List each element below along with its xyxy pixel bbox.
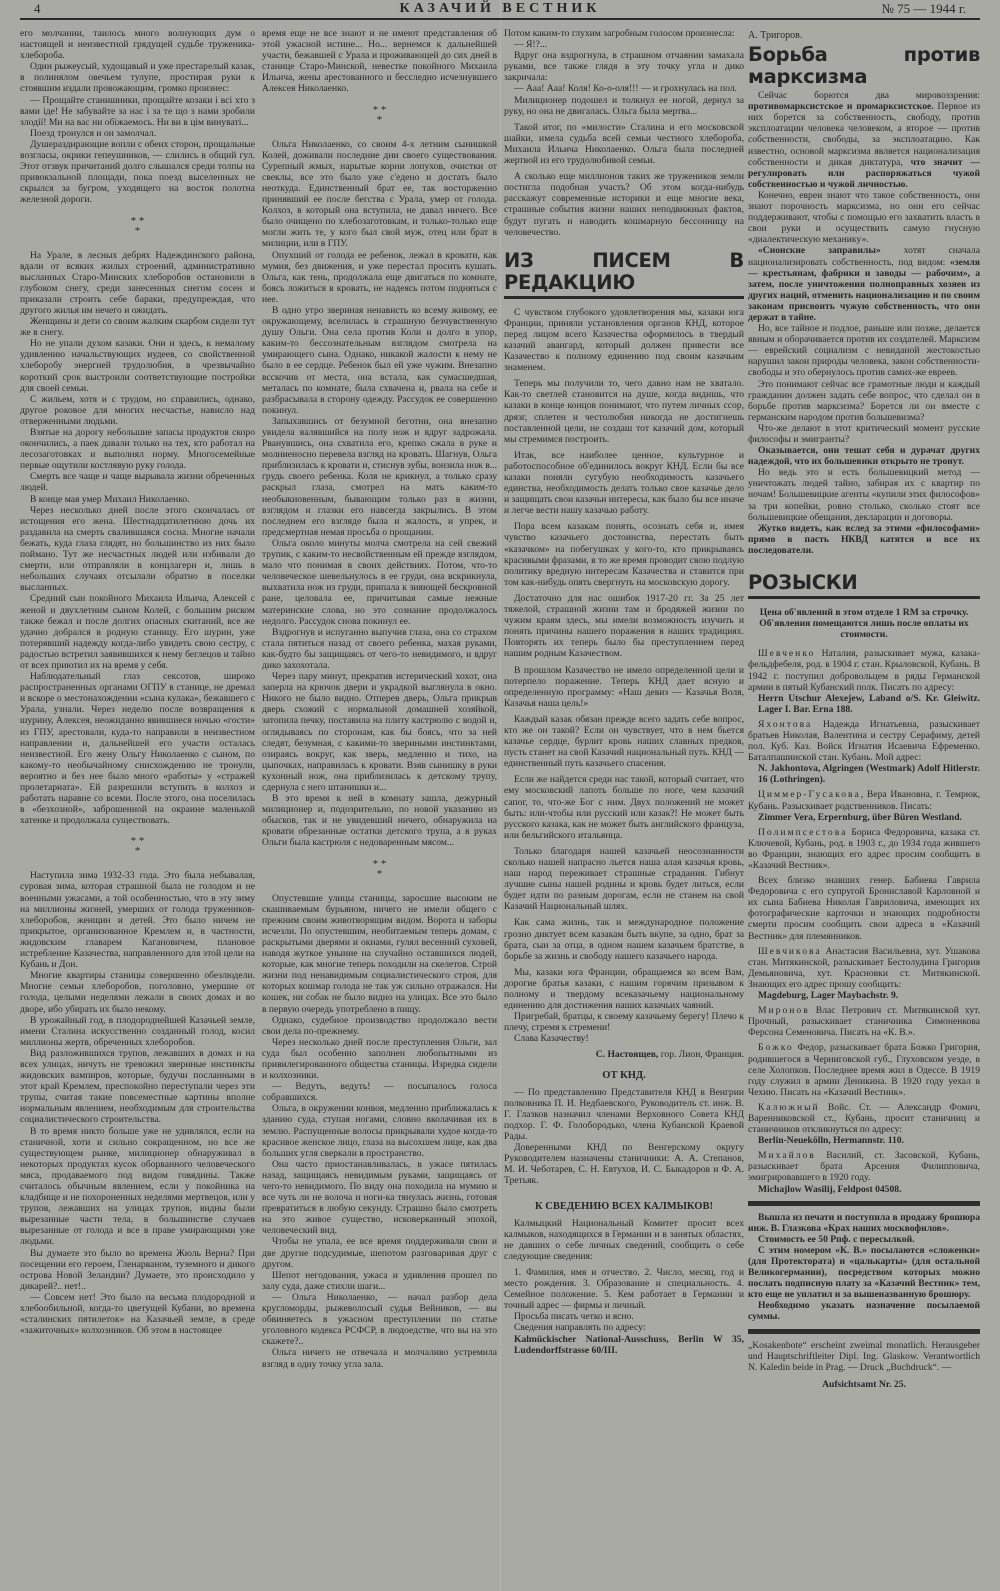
section-heading-kalmyks: К СВЕДЕНИЮ ВСЕХ КАЛМЫКОВ!: [504, 1201, 744, 1212]
divider: [748, 1201, 980, 1206]
column-2: время еще не все знают и не имеют предст…: [262, 28, 497, 1588]
masthead: 4 КАЗАЧИЙ ВЕСТНИК № 75 — 1944 г.: [20, 0, 980, 20]
paragraph: Один рыжеусый, худощавый и уже престарел…: [20, 61, 255, 94]
paragraph: Однако, судебное производство продолжало…: [262, 1015, 497, 1037]
paragraph: Душераздирающие вопли с обеих сторон, пр…: [20, 139, 255, 206]
paragraph: Итак, все наиболее ценное, культурное и …: [504, 450, 744, 517]
paragraph: Вид разложившихся трупов, лежавших в дом…: [20, 1048, 255, 1126]
brochure-notice: Вышла из печати и поступила в продажу бр…: [748, 1212, 980, 1323]
section-heading-knd: ОТ КНД.: [504, 1070, 744, 1081]
divider: [748, 1329, 980, 1334]
paragraph: 1. Фамилия, имя и отчество. 2. Число, ме…: [504, 1267, 744, 1311]
paragraph: Через пару минут, прекратив истерический…: [262, 671, 497, 793]
paragraph: Наблюдательный глаз сексотов, широко рас…: [20, 671, 255, 826]
paragraph: Конечно, евреи знают что такое собственн…: [748, 190, 980, 245]
column-1: его молчании, таилось много волнующих ду…: [20, 28, 255, 1588]
address: Herrn Utschur Alexejew, Laband o/S. Kr. …: [748, 693, 980, 715]
paragraph: Взятые на дорогу небольшие запасы продук…: [20, 427, 255, 471]
paragraph: Опухший от голода ее ребенок, лежал в кр…: [262, 250, 497, 305]
signature-name: С. Настоящев,: [596, 1049, 659, 1060]
paragraph: Такой итог, по «милости» Сталина и его м…: [504, 122, 744, 166]
paragraph: В то время никто больше уже не удивлялся…: [20, 1126, 255, 1248]
paragraph: Многие квартиры станицы совершенно обезл…: [20, 970, 255, 1014]
paragraph: Ольга Николаенко, со своим 4-х летним сы…: [262, 139, 497, 250]
address: N. Jakhontova, Algringen (Westmark) Adol…: [748, 763, 980, 785]
search-ad: Калюжный Войс. Ст. — Александр Фомич, Ва…: [748, 1102, 980, 1146]
paragraph: Запыхавшись от безумной беготни, она вне…: [262, 416, 497, 538]
paragraph: Смерть все чаще и чаще вырывала жизни об…: [20, 471, 255, 493]
newspaper-title: КАЗАЧИЙ ВЕСТНИК: [20, 1, 980, 17]
paragraph: — Ведуть, ведуть! — посыпалось голоса со…: [262, 1081, 497, 1103]
section-heading-search: РОЗЫСКИ: [748, 572, 980, 599]
section-divider: * **: [262, 105, 497, 125]
paragraph: Слава Казачеству!: [504, 1033, 744, 1044]
paragraph: Наступила зима 1932-33 года. Это была не…: [20, 870, 255, 970]
signature-place: гор. Лион, Франция.: [658, 1049, 744, 1060]
paragraph: — По представлению Представителя КНД в В…: [504, 1087, 744, 1142]
address: Michajlow Wasilij, Feldpost 04508.: [748, 1184, 980, 1195]
paragraph: Оказывается, они тешат себя и дурачат др…: [748, 445, 980, 467]
paragraph: «Сионские заправилы» хотят сначала нацио…: [748, 245, 980, 323]
paragraph: Это понимают сейчас все грамотные люди и…: [748, 379, 980, 423]
paragraph: В прошлом Казачество не имело определенн…: [504, 665, 744, 709]
section-divider: * **: [262, 859, 497, 879]
paragraph: Женщины и дети со своим жалким скарбом с…: [20, 316, 255, 338]
imprint: „Kosakenbote“ erscheint zweimal monatlic…: [748, 1340, 980, 1390]
issue-number: № 75 — 1944 г.: [881, 1, 966, 17]
paragraph: В это время к ней в комнату зашла, дежур…: [262, 793, 497, 848]
search-ad: Михайлов Василий, ст. Засовской, Кубань,…: [748, 1150, 980, 1194]
paragraph: С жильем, хотя и с трудом, но справились…: [20, 394, 255, 427]
search-ad: Яхонтова Надежда Игнатьевна, разыскивает…: [748, 719, 980, 786]
paragraph: Вдруг она вздрогнула, в страшном отчаяни…: [504, 50, 744, 83]
ad-price-notice: Цена об'явлений в этом отделе 1 RM за ст…: [748, 607, 980, 640]
paragraph: Просьба писать четко и ясно.: [504, 1311, 744, 1322]
paragraph: — Ааа! Ааа! Коля! Ко-о-оля!!! — и грохну…: [504, 83, 744, 94]
paragraph: На Урале, в лесных дебрях Надеждинского …: [20, 250, 255, 317]
paragraph: Шепот негодования, ужаса и удивления про…: [262, 1270, 497, 1292]
paragraph: Потом каким-то глухим загробным голосом …: [504, 28, 744, 39]
address: Zimmer Vera, Erpernburg, über Büren West…: [748, 812, 980, 823]
paragraph: Теперь мы получили то, чего давно нам не…: [504, 378, 744, 445]
newspaper-page: 4 КАЗАЧИЙ ВЕСТНИК № 75 — 1944 г. его мол…: [0, 0, 1000, 1591]
search-ad: Миронов Влас Петрович ст. Митякинской ху…: [748, 1005, 980, 1038]
search-ads-list: Шевченко Наталия, разыскивает мужа, каза…: [748, 648, 980, 1194]
paragraph: С чувством глубокого удовлетворения мы, …: [504, 307, 744, 374]
column-4: А. Тригоров. Борьба против марксизма Сей…: [748, 28, 980, 1588]
section-divider: * **: [20, 836, 255, 856]
paragraph: время еще не все знают и не имеют предст…: [262, 28, 497, 95]
article-author: А. Тригоров.: [748, 30, 980, 41]
paragraph: — Я!?...: [504, 39, 744, 50]
section-heading-letters: ИЗ ПИСЕМ В РЕДАКЦИЮ: [504, 250, 744, 299]
paragraph: Каждый казак обязан прежде всего задать …: [504, 714, 744, 769]
paragraph: Милиционер подошел и толкнул ее ногой, д…: [504, 95, 744, 117]
paragraph: — Ольга Николаенко, — начал разбор дела …: [262, 1292, 497, 1347]
paragraph: Но, все тайное и подлое, раньше или позж…: [748, 323, 980, 378]
search-ad: Полимпсестова Бориса Федоровича, казака …: [748, 827, 980, 871]
search-ad: Всех близко знавших генер. Бабиева Гаври…: [748, 875, 980, 942]
paragraph: Она часто приостанавливалась, в ужасе пя…: [262, 1159, 497, 1237]
address: Berlin-Neuekölln, Hermannstr. 110.: [748, 1135, 980, 1146]
paragraph: Опустевшие улицы станицы, заросшие высок…: [262, 893, 497, 1015]
paragraph: А сколько еще миллионов таких же тружени…: [504, 171, 744, 238]
paragraph: — Совсем нет! Это было на весьма плодоро…: [20, 1292, 255, 1336]
paragraph: В урожайный год, в плодороднейшей Казачь…: [20, 1015, 255, 1048]
search-ad: Божко Федор, разыскивает брата Божко Гри…: [748, 1042, 980, 1097]
paragraph: Доверенными КНД по Венгерскому округу Ру…: [504, 1142, 744, 1186]
search-ad: Шевчикова Анастасия Васильевна, хут. Уша…: [748, 946, 980, 1001]
paragraph: Жутко видеть, как вслед за этими «филосо…: [748, 523, 980, 556]
paragraph: Через несколько дней после преступления …: [262, 1037, 497, 1081]
paragraph: В конце мая умер Михаил Николаенко.: [20, 494, 255, 505]
paragraph: его молчании, таилось много волнующих ду…: [20, 28, 255, 61]
paragraph: Но не упали духом казаки. Они и здесь, к…: [20, 338, 255, 393]
paragraph: Ольга ничего не отвечала и молчаливо уст…: [262, 1347, 497, 1369]
paragraph: Ольга, в окружении конвоя, медленно приб…: [262, 1103, 497, 1158]
paragraph: Достаточно для нас ошибок 1917-20 гг. За…: [504, 593, 744, 660]
address: Magdeburg, Lager Maybachstr. 9.: [748, 990, 980, 1001]
column-3: Потом каким-то глухим загробным голосом …: [504, 28, 744, 1588]
paragraph: Как сама жизнь, так и международное поло…: [504, 917, 744, 961]
paragraph: Сейчас борются два мировоззрения: против…: [748, 90, 980, 190]
paragraph: Мы, казаки юга Франции, обращаемся ко вс…: [504, 967, 744, 1011]
paragraph: Но ведь это и есть большевицкий метод — …: [748, 467, 980, 522]
paragraph: Поезд тронулся и он замолчал.: [20, 128, 255, 139]
search-ad: Циммер-Гусакова, Вера Ивановна, г. Темрю…: [748, 789, 980, 822]
paragraph: Что-же делают в этот критический момент …: [748, 423, 980, 445]
paragraph: Если же найдется среди нас такой, которы…: [504, 774, 744, 841]
paragraph: Сведения направлять по адресу:: [504, 1322, 744, 1333]
paragraph: Только благодаря нашей казачьей неосозна…: [504, 846, 744, 913]
paragraph: Пригребай, братцы, к своему казачьему бе…: [504, 1011, 744, 1033]
paragraph: Ольга около минуты молча смотрела на сей…: [262, 538, 497, 627]
paragraph: В одно утро звериная ненависть ко всему …: [262, 305, 497, 416]
paragraph: Пора всем казакам понять, осознать себя …: [504, 521, 744, 588]
letter-signature: С. Настоящев, гор. Лион, Франция.: [504, 1049, 744, 1060]
address: Kalmückischer National-Ausschuss, Berlin…: [504, 1334, 744, 1356]
paragraph: Чтобы не упала, ее все время поддерживал…: [262, 1236, 497, 1269]
article-heading: Борьба против марксизма: [748, 44, 980, 88]
paragraph: — Прощайте станишники, прощайте козаки і…: [20, 95, 255, 128]
paragraph: Вы думаете это было во времена Жюль Верн…: [20, 1248, 255, 1292]
paragraph: Калмыцкий Национальный Комитет просит вс…: [504, 1218, 744, 1262]
paragraph: Через несколько дней после этого скончал…: [20, 505, 255, 594]
page-fold: [500, 0, 501, 1591]
paragraph: Вздрогнув и испуганно выпучив глаза, она…: [262, 627, 497, 671]
paragraph: Средний сын покойного Михаила Ильича, Ал…: [20, 593, 255, 671]
search-ad: Шевченко Наталия, разыскивает мужа, каза…: [748, 648, 980, 715]
section-divider: * **: [20, 216, 255, 236]
